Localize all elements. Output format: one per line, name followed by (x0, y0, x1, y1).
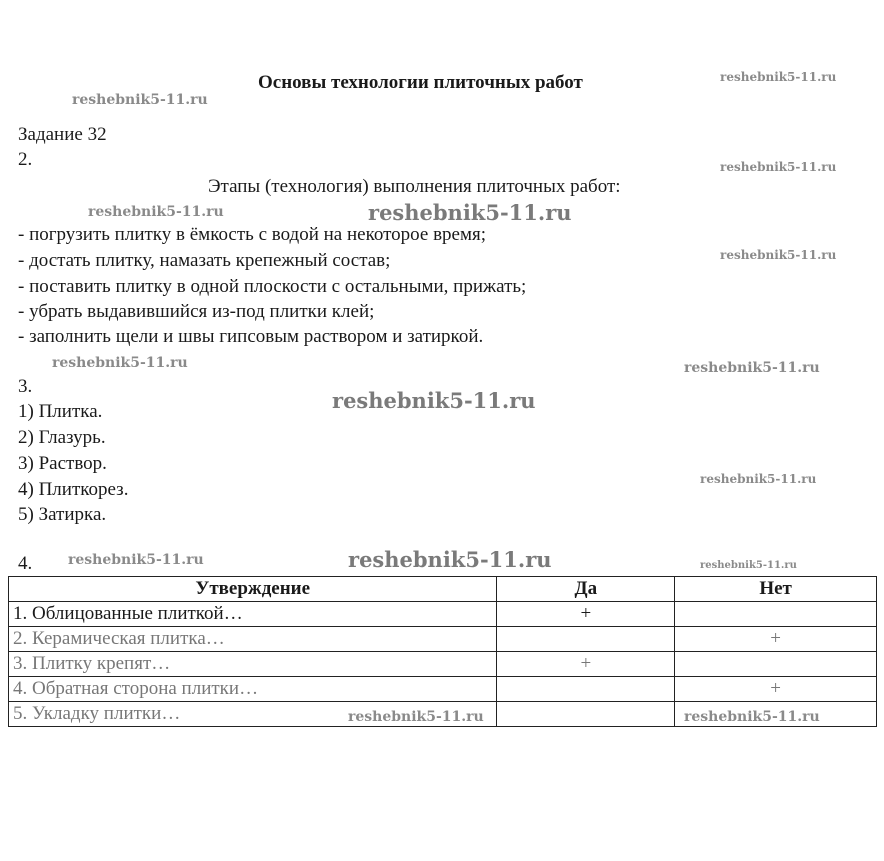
watermark: reshebnik5-11.ru (720, 160, 836, 174)
list-item: 3) Раствор. (18, 451, 107, 476)
yes-cell: + (497, 602, 675, 627)
no-cell: + (675, 627, 877, 652)
section-2-number: 2. (18, 147, 32, 172)
step-item: - заполнить щели и швы гипсовым растворо… (18, 324, 483, 349)
watermark: reshebnik5-11.ru (68, 552, 204, 568)
statement-cell: 2. Керамическая плитка… (9, 627, 497, 652)
section-2-heading: Этапы (технология) выполнения плиточных … (208, 174, 621, 199)
list-item: 5) Затирка. (18, 502, 106, 527)
step-item: - убрать выдавившийся из-под плитки клей… (18, 299, 374, 324)
table-row: 3. Плитку крепят… + (9, 652, 877, 677)
no-cell (675, 652, 877, 677)
yes-cell: + (497, 652, 675, 677)
watermark: reshebnik5-11.ru (72, 92, 208, 108)
section-4-number: 4. (18, 551, 32, 576)
step-item: - погрузить плитку в ёмкость с водой на … (18, 222, 486, 247)
statements-table: Утверждение Да Нет 1. Облицованные плитк… (8, 576, 877, 727)
no-cell (675, 602, 877, 627)
watermark: reshebnik5-11.ru (700, 560, 797, 571)
step-item: - поставить плитку в одной плоскости с о… (18, 274, 526, 299)
list-item: 2) Глазурь. (18, 425, 106, 450)
watermark: reshebnik5-11.ru (88, 204, 224, 220)
list-item: 1) Плитка. (18, 399, 102, 424)
header-statement: Утверждение (9, 577, 497, 602)
yes-cell (497, 702, 675, 727)
watermark: reshebnik5-11.ru (52, 355, 188, 371)
page-title: Основы технологии плиточных работ (258, 72, 583, 94)
watermark: reshebnik5-11.ru (348, 709, 484, 725)
section-3-number: 3. (18, 374, 32, 399)
watermark: reshebnik5-11.ru (368, 200, 572, 225)
watermark: reshebnik5-11.ru (684, 709, 820, 725)
yes-cell (497, 627, 675, 652)
list-item: 4) Плиткорез. (18, 477, 128, 502)
watermark: reshebnik5-11.ru (720, 70, 836, 84)
step-item: - достать плитку, намазать крепежный сос… (18, 248, 390, 273)
no-cell: + (675, 677, 877, 702)
statement-cell: 3. Плитку крепят… (9, 652, 497, 677)
task-label: Задание 32 (18, 122, 107, 147)
watermark: reshebnik5-11.ru (332, 388, 536, 413)
table-row: 2. Керамическая плитка… + (9, 627, 877, 652)
table-row: 4. Обратная сторона плитки… + (9, 677, 877, 702)
watermark: reshebnik5-11.ru (348, 547, 552, 572)
watermark: reshebnik5-11.ru (700, 472, 816, 486)
header-no: Нет (675, 577, 877, 602)
statement-cell: 4. Обратная сторона плитки… (9, 677, 497, 702)
watermark: reshebnik5-11.ru (684, 360, 820, 376)
header-yes: Да (497, 577, 675, 602)
table-row: 1. Облицованные плиткой… + (9, 602, 877, 627)
statement-cell: 1. Облицованные плиткой… (9, 602, 497, 627)
yes-cell (497, 677, 675, 702)
table-header-row: Утверждение Да Нет (9, 577, 877, 602)
watermark: reshebnik5-11.ru (720, 248, 836, 262)
